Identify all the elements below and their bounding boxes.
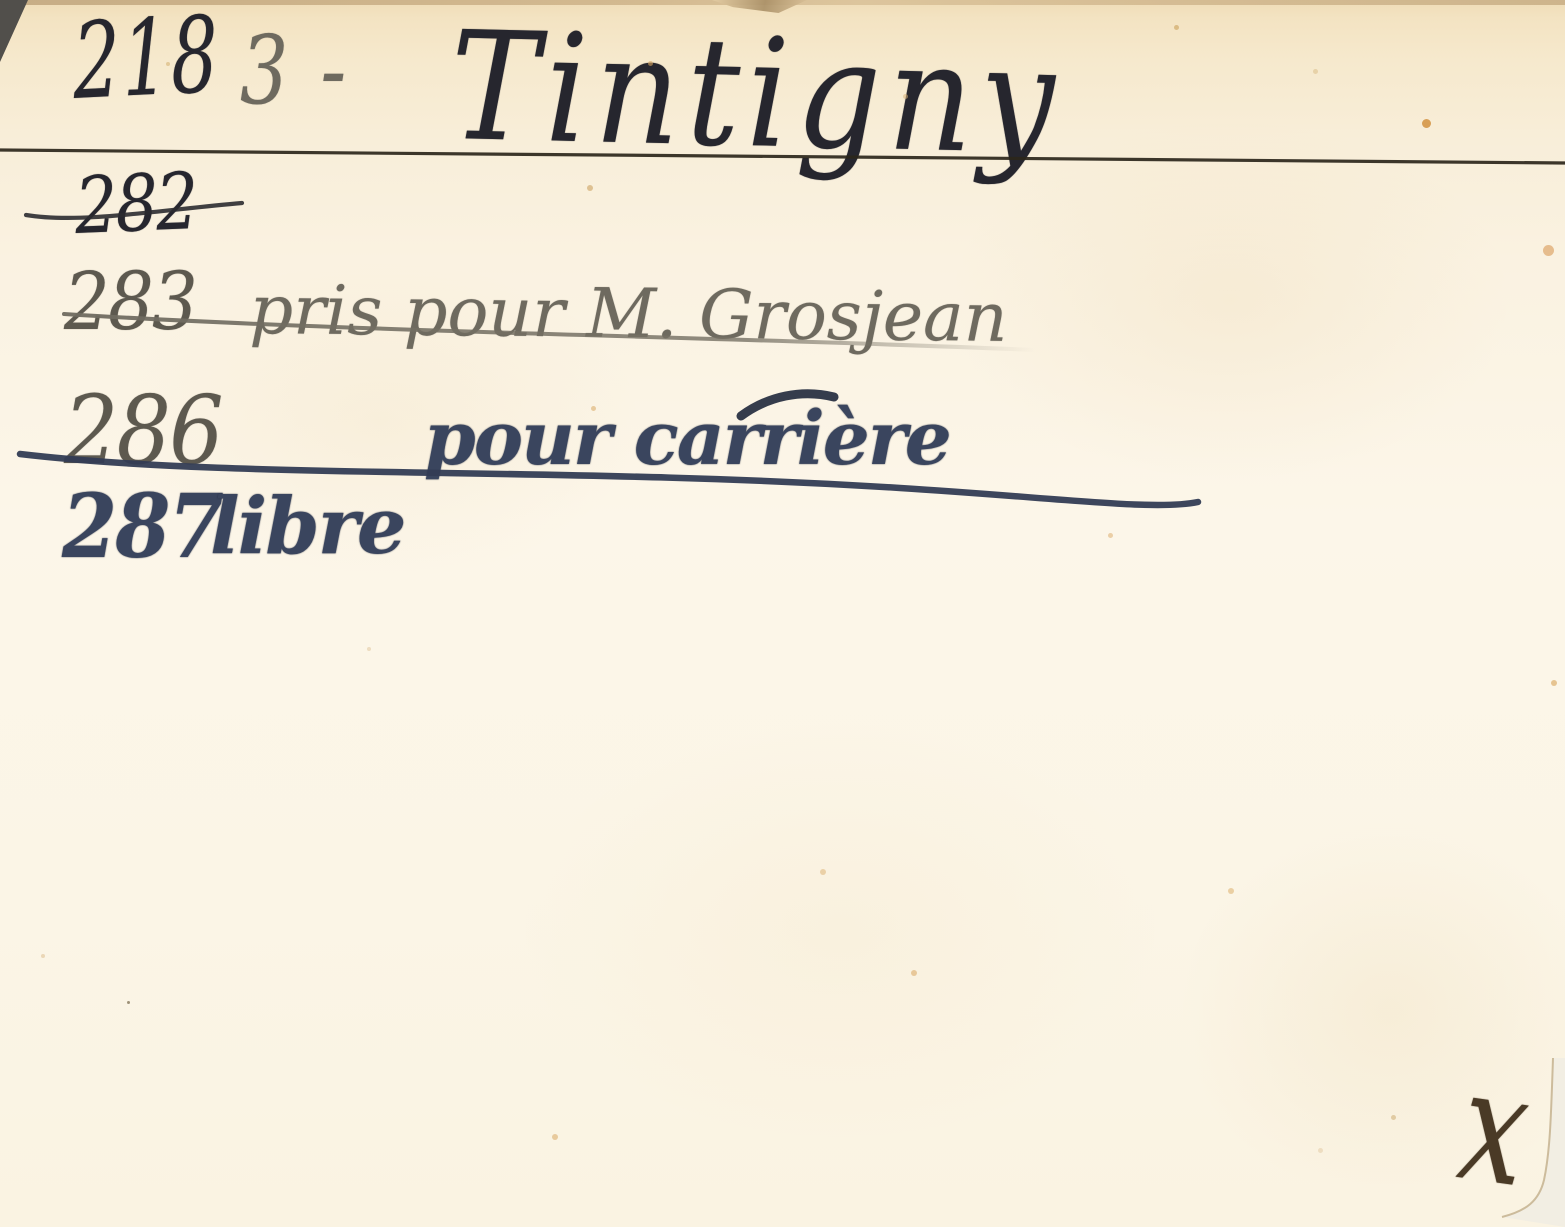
foxing-spot: [820, 869, 826, 875]
scan-corner-shadow: [0, 0, 28, 62]
entry-287-note: libre: [210, 488, 405, 566]
foxing-spot: [1391, 1115, 1396, 1120]
foxing-spot: [587, 185, 593, 191]
foxing-spot: [1313, 69, 1318, 74]
entry-286-note: pour carrière: [424, 402, 950, 476]
foxing-spot: [1228, 888, 1234, 894]
entry-283-note: pris pour M. Grosjean: [249, 277, 1008, 353]
entry-283-number: 283: [64, 262, 196, 342]
scanned-card: 218 3 - Tintigny 282 283 pris pour M. Gr…: [0, 0, 1565, 1227]
foxing-spot: [911, 970, 917, 976]
ink-strokes-overlay: [0, 0, 1565, 1227]
foxing-spot: [127, 1001, 130, 1004]
foxing-spot: [1174, 25, 1179, 30]
foxing-spot: [1318, 1148, 1323, 1153]
paper-blotch: [520, 720, 1160, 1140]
foxing-spot: [552, 1134, 558, 1140]
entry-282-number: 282: [74, 163, 198, 246]
foxing-spot: [367, 647, 371, 651]
foxing-spot: [1551, 680, 1557, 686]
header-sub-number: 3 -: [240, 24, 350, 119]
corner-x-mark: x: [1452, 1048, 1536, 1210]
foxing-spot: [41, 954, 45, 958]
entry-286-number: 286: [64, 384, 222, 479]
header-number: 218: [72, 3, 221, 115]
entry-287-number: 287: [62, 482, 222, 570]
header-title: Tintigny: [449, 12, 1063, 177]
foxing-spot: [1108, 533, 1113, 538]
foxing-spot: [1422, 119, 1431, 128]
foxing-spot: [1543, 245, 1554, 256]
